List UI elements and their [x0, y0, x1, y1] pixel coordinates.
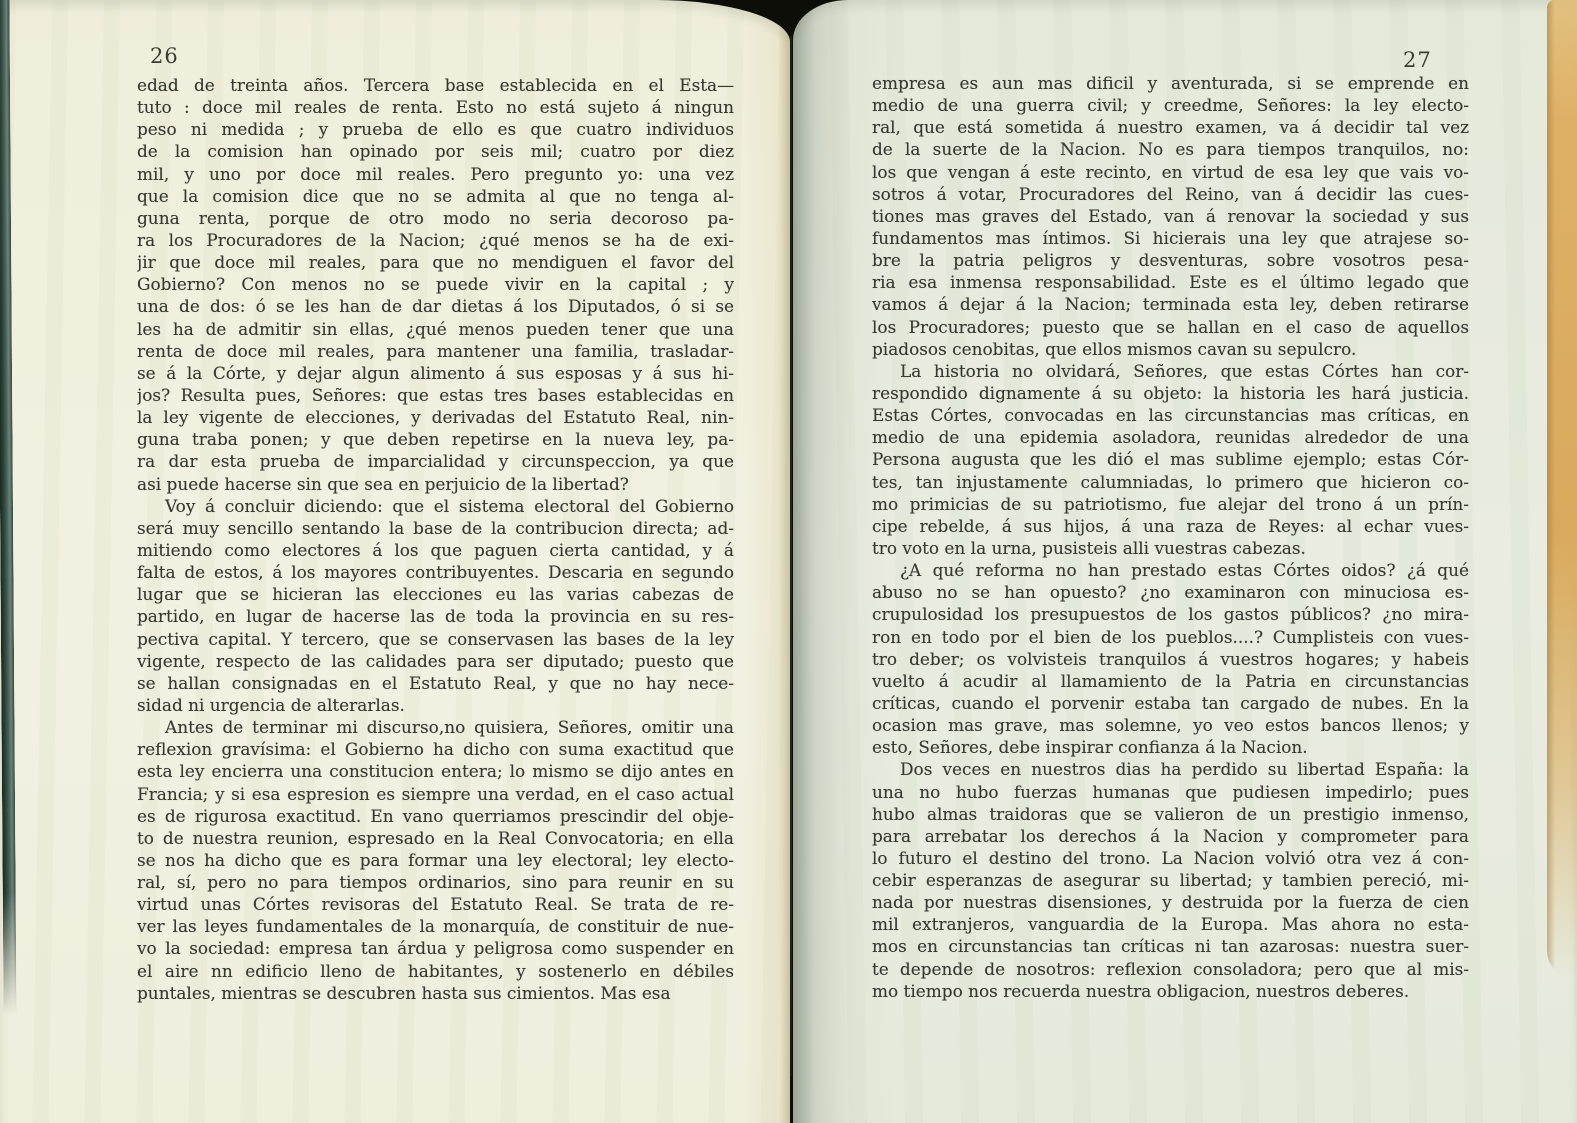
- text-line: edad de treinta años. Tercera base estab…: [137, 74, 734, 96]
- book-page-block-edge-right: [1547, 0, 1577, 980]
- text-line: de la comision han opinado por seis mil;…: [137, 140, 734, 162]
- text-line: mil, y uno por doce mil reales. Pero pre…: [137, 163, 734, 185]
- text-line: ra dar esta prueba de imparcialidad y ci…: [137, 450, 734, 472]
- text-line: jos? Resulta pues, Señores: que estas tr…: [137, 384, 734, 406]
- text-line: asi puede hacerse sin que sea en perjuic…: [137, 473, 734, 495]
- text-line: los Procuradores; puesto que se hallan e…: [872, 316, 1469, 338]
- text-line: nada por nuestras disensiones, y destrui…: [872, 891, 1469, 913]
- text-line: vigente, respecto de las calidades para …: [137, 650, 734, 672]
- text-line: Francia; y si esa espresion es siempre u…: [137, 783, 734, 805]
- text-line: vuelto á acudir al llamamiento de la Pat…: [872, 670, 1469, 692]
- text-line: guna renta, porque de otro modo no seria…: [137, 207, 734, 229]
- text-line: cebir esperanzas de asegurar su libertad…: [872, 869, 1469, 891]
- text-line: una de dos: ó se les han de dar dietas á…: [137, 295, 734, 317]
- text-line: medio de una guerra civil; y creedme, Se…: [872, 94, 1469, 116]
- text-line: Persona augusta que les dió el mas subli…: [872, 448, 1469, 470]
- text-line: virtud unas Córtes revisoras del Estatut…: [137, 893, 734, 915]
- text-line: ra los Procuradores de la Nacion; ¿qué m…: [137, 229, 734, 251]
- text-line: Gobierno? Con menos no se puede vivir en…: [137, 273, 734, 295]
- page-number-left: 26: [150, 44, 179, 68]
- text-line: fundamentos mas íntimos. Si hicierais un…: [872, 227, 1469, 249]
- text-line: la ley vigente de elecciones, y derivada…: [137, 406, 734, 428]
- text-line: ron en todo por el bien de los pueblos..…: [872, 626, 1469, 648]
- text-line: sidad ni urgencia de alterarlas.: [137, 694, 734, 716]
- text-line: tro voto en la urna, pusisteis alli vues…: [872, 537, 1469, 559]
- text-line: que la comision dice que no se admita al…: [137, 185, 734, 207]
- text-line: mo tiempo nos recuerda nuestra obligacio…: [872, 980, 1469, 1002]
- text-line: Antes de terminar mi discurso,no quisier…: [137, 716, 734, 738]
- text-line: es de rigurosa exactitud. En vano querri…: [137, 805, 734, 827]
- text-line: tro deber; os volvisteis tranquilos á vu…: [872, 648, 1469, 670]
- text-line: ocasion mas grave, mas solemne, yo veo e…: [872, 714, 1469, 736]
- text-line: esta ley encierra una constitucion enter…: [137, 760, 734, 782]
- text-line: una no hubo fuerzas humanas que pudiesen…: [872, 781, 1469, 803]
- text-line: reflexion gravísima: el Gobierno ha dich…: [137, 738, 734, 760]
- text-line: sotros á votar, Procuradores del Reino, …: [872, 183, 1469, 205]
- text-line: pectiva capital. Y tercero, que se conse…: [137, 628, 734, 650]
- text-line: mos en circunstancias tan críticas ni ta…: [872, 935, 1469, 957]
- text-line: peso ni medida ; y prueba de ello es que…: [137, 118, 734, 140]
- text-line: ria esa inmensa responsabilidad. Este es…: [872, 271, 1469, 293]
- text-line: será muy sencillo sentando la base de la…: [137, 517, 734, 539]
- text-line: renta de doce mil reales, para mantener …: [137, 340, 734, 362]
- text-line: de la suerte de la Nacion. No es para ti…: [872, 138, 1469, 160]
- text-line: vo la sociedad: empresa tan árdua y peli…: [137, 937, 734, 959]
- text-line: tuto : doce mil reales de renta. Esto no…: [137, 96, 734, 118]
- text-line: ¿A qué reforma no han prestado estas Cór…: [872, 559, 1469, 581]
- text-line: se hallan consignadas en el Estatuto Rea…: [137, 672, 734, 694]
- book-spread: 26 27 edad de treinta años. Tercera base…: [0, 0, 1577, 1123]
- text-line: Voy á concluir diciendo: que el sistema …: [137, 495, 734, 517]
- text-line: Estas Córtes, convocadas en las circunst…: [872, 404, 1469, 426]
- text-line: guna traba ponen; y que deben repetirse …: [137, 428, 734, 450]
- binding-gutter-thread: [790, 36, 792, 1076]
- text-line: vamos á dejar á la Nacion; terminada est…: [872, 293, 1469, 315]
- text-line: falta de estos, á los mayores contribuye…: [137, 561, 734, 583]
- text-line: críticas, cuando el porvenir estaba tan …: [872, 692, 1469, 714]
- text-line: piadosos cenobitas, que ellos mismos cav…: [872, 338, 1469, 360]
- text-line: mil extranjeros, vanguardia de la Europa…: [872, 913, 1469, 935]
- text-line: medio de una epidemia asoladora, reunida…: [872, 426, 1469, 448]
- text-line: los que vengan á este recinto, en virtud…: [872, 161, 1469, 183]
- text-line: empresa es aun mas dificil y aventurada,…: [872, 72, 1469, 94]
- text-line: ral, sí, pero no para tiempos ordinarios…: [137, 871, 734, 893]
- text-line: crupulosidad los presupuestos de los gas…: [872, 603, 1469, 625]
- text-line: mo primicias de su patriotismo, fue alej…: [872, 493, 1469, 515]
- text-line: tes, tan injustamente calumniadas, lo pr…: [872, 471, 1469, 493]
- text-line: La historia no olvidará, Señores, que es…: [872, 360, 1469, 382]
- text-line: lugar que se hicieran las elecciones eu …: [137, 583, 734, 605]
- text-line: ral, que está sometida á nuestro examen,…: [872, 116, 1469, 138]
- text-line: puntales, mientras se descubren hasta su…: [137, 982, 734, 1004]
- text-line: abuso no se han opuesto? ¿no examinaron …: [872, 581, 1469, 603]
- text-line: hubo almas traidoras que se valieron de …: [872, 803, 1469, 825]
- text-line: el aire nn edificio lleno de habitantes,…: [137, 960, 734, 982]
- page-text-left: edad de treinta años. Tercera base estab…: [137, 74, 734, 1004]
- text-line: tiones mas graves del Estado, van á reno…: [872, 205, 1469, 227]
- text-line: esto, Señores, debe inspirar confianza á…: [872, 736, 1469, 758]
- text-line: para arrebatar los derechos á la Nacion …: [872, 825, 1469, 847]
- text-line: to de nuestra reunion, espresado en la R…: [137, 827, 734, 849]
- page-number-right: 27: [1403, 48, 1432, 72]
- text-line: respondido dignamente á su objeto: la hi…: [872, 382, 1469, 404]
- text-line: les ha de admitir sin ellas, ¿qué menos …: [137, 318, 734, 340]
- page-text-right: empresa es aun mas dificil y aventurada,…: [872, 72, 1469, 1002]
- text-line: se á la Córte, y dejar algun alimento á …: [137, 362, 734, 384]
- text-line: partido, en lugar de hacerse las de toda…: [137, 605, 734, 627]
- text-line: te depende de nosotros: reflexion consol…: [872, 958, 1469, 980]
- text-line: ver las leyes fundamentales de la monarq…: [137, 915, 734, 937]
- text-line: jir que doce mil reales, para que no men…: [137, 251, 734, 273]
- text-line: bre la patria peligros y desventuras, so…: [872, 249, 1469, 271]
- text-line: cipe rebelde, á sus hijos, á una raza de…: [872, 515, 1469, 537]
- text-line: se nos ha dicho que es para formar una l…: [137, 849, 734, 871]
- text-line: mitiendo como electores á los que paguen…: [137, 539, 734, 561]
- text-line: Dos veces en nuestros dias ha perdido su…: [872, 758, 1469, 780]
- text-line: lo futuro el destino del trono. La Nacio…: [872, 847, 1469, 869]
